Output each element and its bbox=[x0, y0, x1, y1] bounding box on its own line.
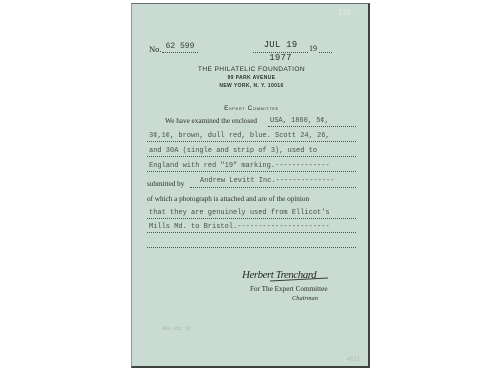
committee-title: Expert Committee bbox=[132, 105, 371, 112]
signoff-text: For The Expert Committee bbox=[250, 285, 328, 293]
date-stamp: JUL 19 1977 bbox=[253, 39, 308, 53]
org-address-line2: NEW YORK, N. Y. 10016 bbox=[132, 83, 371, 89]
org-name: THE PHILATELIC FOUNDATION bbox=[132, 66, 371, 73]
certificate-number: 62 599 bbox=[162, 42, 198, 53]
certificate: 116 - No. 62 599 JUL 19 1977 19 THE PHIL… bbox=[131, 3, 370, 368]
description-line-7: that they are genuinely used from Ellico… bbox=[149, 209, 330, 217]
pencil-note-top: 116 - bbox=[338, 8, 356, 17]
chairman-title: Chairman bbox=[292, 295, 318, 302]
submitter-name: Andrew Levitt Inc.-------------- bbox=[200, 177, 334, 185]
rule-2 bbox=[147, 141, 356, 142]
intro-text: We have examined the enclosed bbox=[165, 117, 257, 125]
rule-1 bbox=[268, 126, 356, 127]
pencil-note-bottom: Ros. exc. 5c bbox=[162, 326, 191, 332]
rule-8 bbox=[147, 232, 356, 233]
rule-9 bbox=[147, 247, 356, 248]
description-line-4: England with red "19" marking.----------… bbox=[149, 162, 330, 170]
description-line-1: USA, 1860, 5¢, bbox=[270, 117, 329, 125]
description-line-3: and 30A (single and strip of 3), used to bbox=[149, 147, 317, 155]
year-line bbox=[319, 52, 332, 53]
description-line-8: Mills Md. to Bristol.-------------------… bbox=[149, 223, 330, 231]
rule-7 bbox=[147, 218, 356, 219]
description-line-2: 3¢,1¢, brown, dull red, blue. Scott 24, … bbox=[149, 132, 330, 140]
rule-4 bbox=[147, 171, 356, 172]
rule-5 bbox=[190, 187, 356, 188]
pencil-code: 4511 bbox=[347, 357, 360, 363]
rule-3 bbox=[147, 156, 356, 157]
submitted-by-label: submitted by bbox=[147, 180, 184, 188]
year-label: 19 bbox=[309, 44, 317, 53]
org-address-line1: 99 PARK AVENUE bbox=[132, 75, 371, 81]
certificate-number-label: No. bbox=[149, 44, 162, 54]
photo-statement: of which a photograph is attached and ar… bbox=[147, 195, 309, 203]
